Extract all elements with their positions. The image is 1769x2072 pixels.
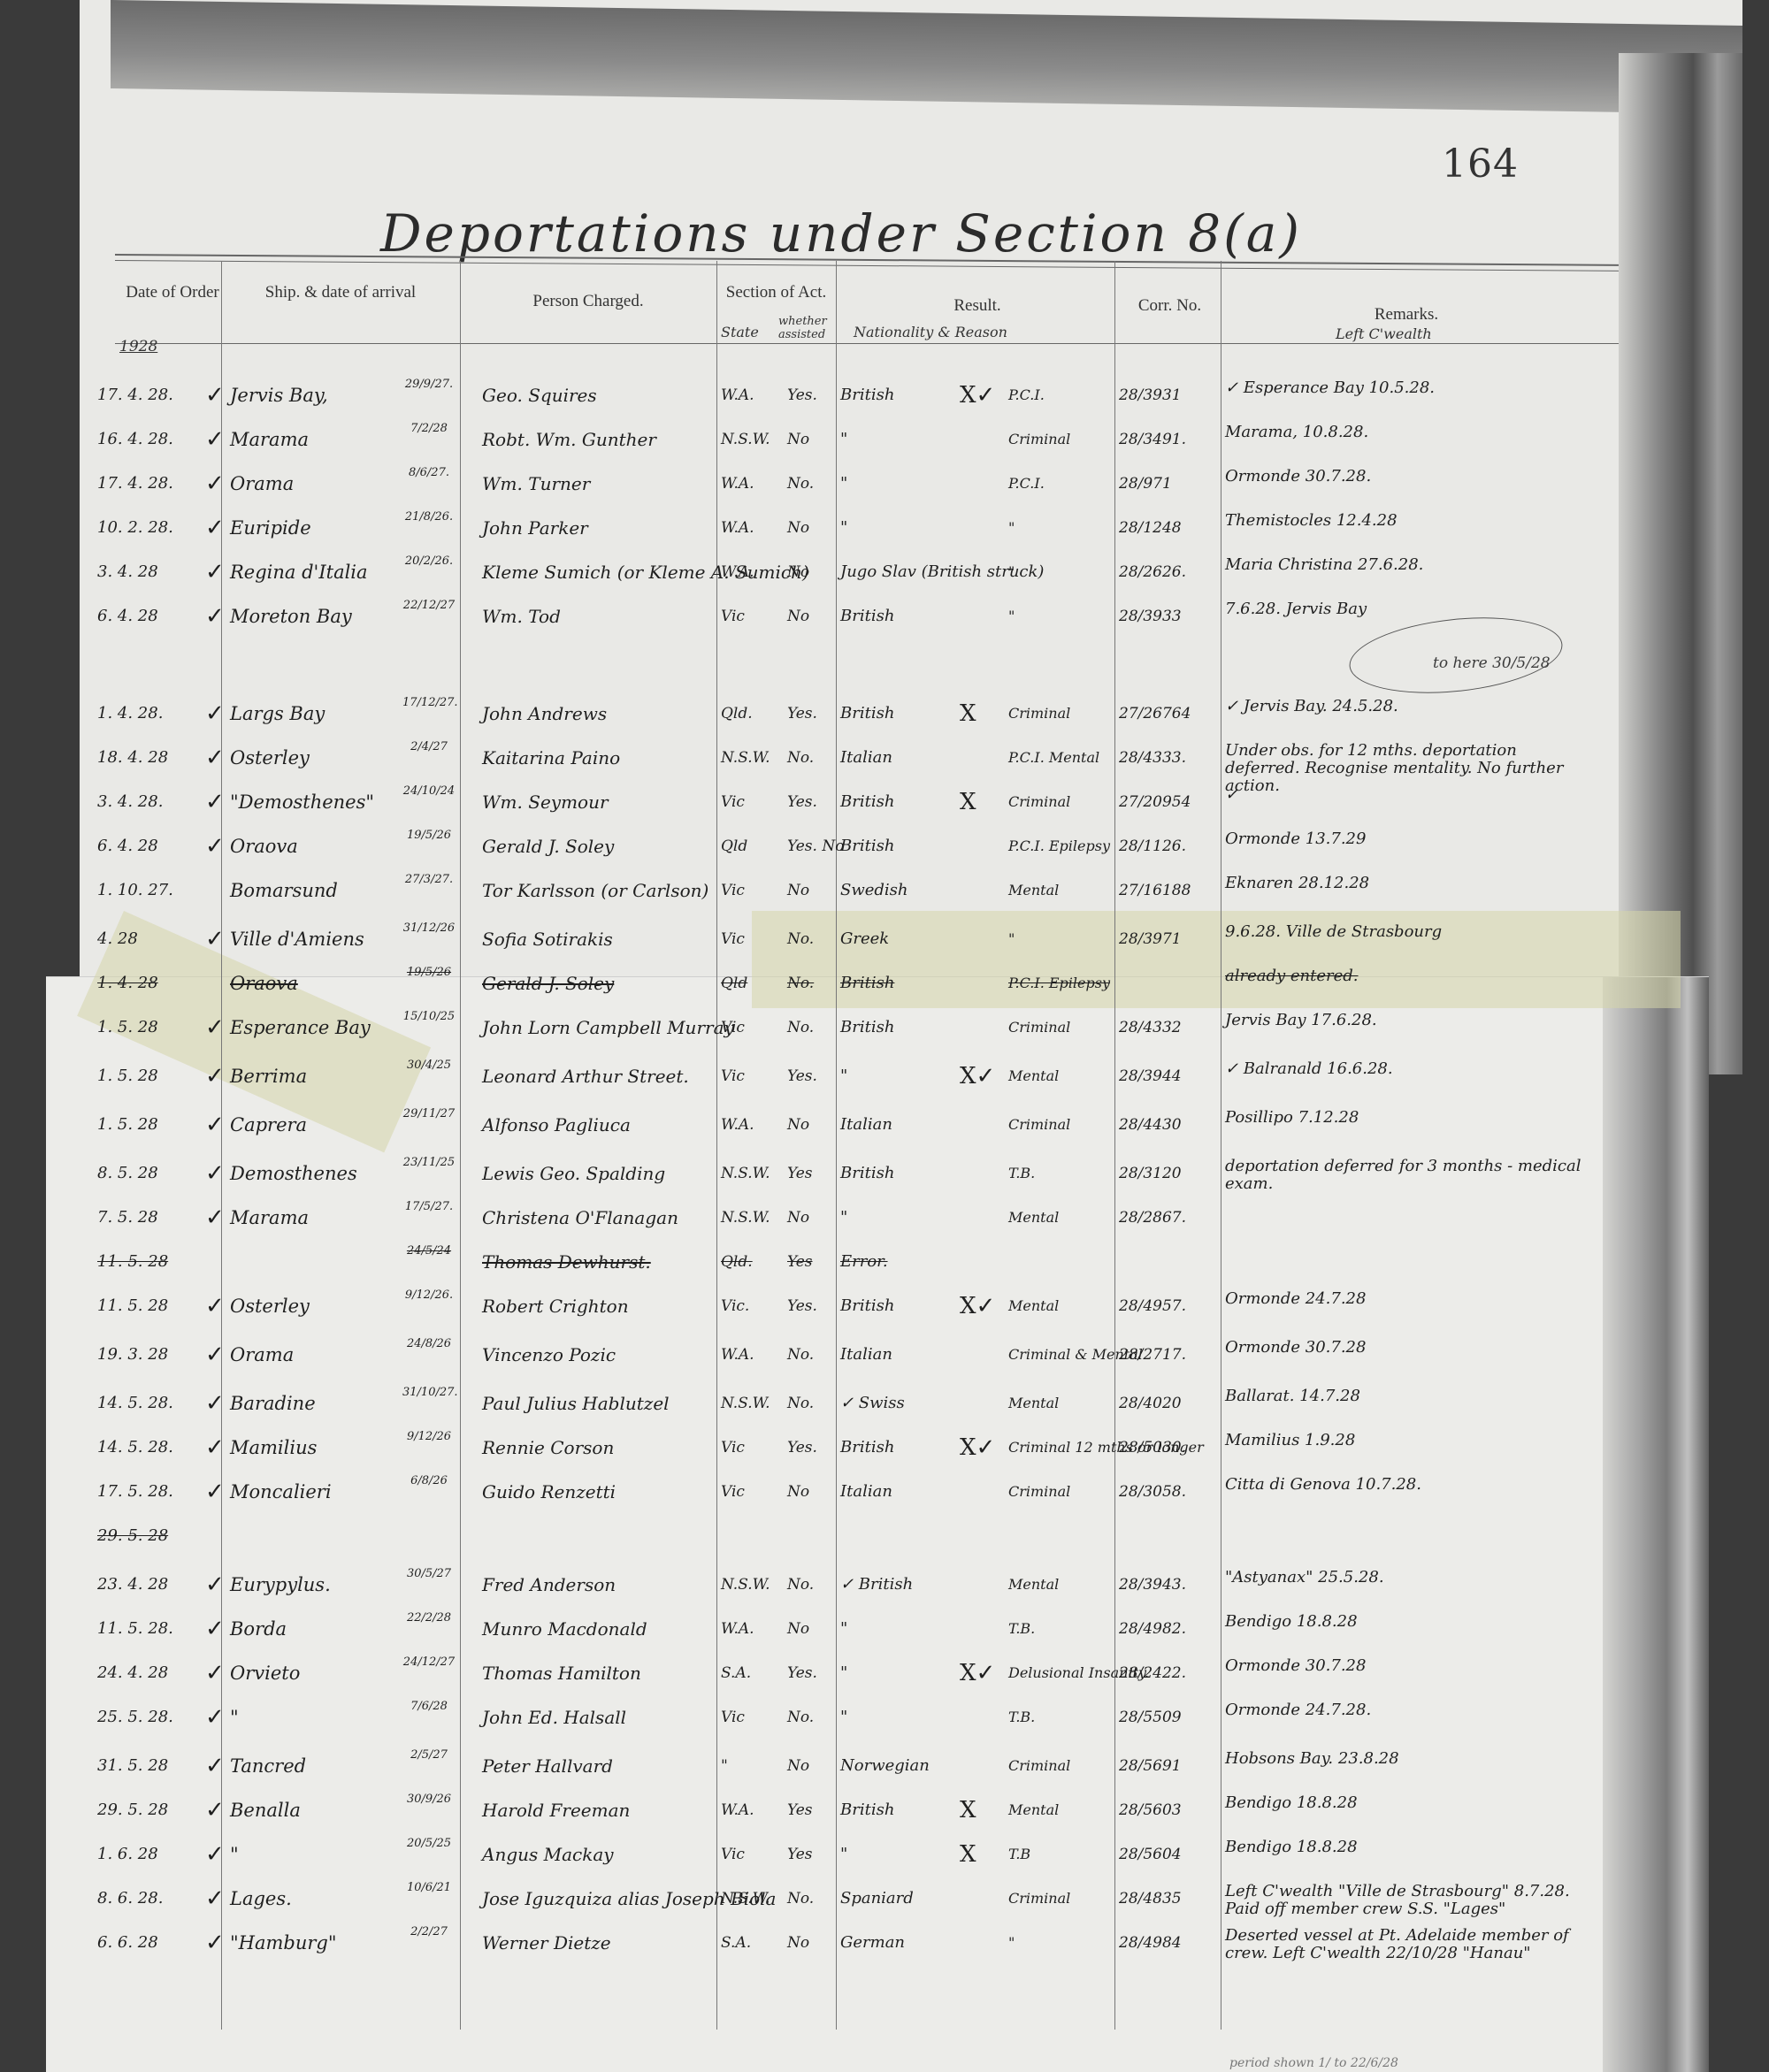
- table-row: 16. 4. 28. ✓ Marama 7/2/28 Robt. Wm. Gun…: [0, 420, 1769, 459]
- tick-mark-icon: ✓: [205, 1008, 228, 1047]
- order-date: 31. 5. 28: [97, 1747, 208, 1785]
- remarks: Bendigo 18.8.28: [1225, 1839, 1588, 1856]
- person-charged: Geo. Squires: [482, 376, 716, 415]
- assisted: Yes.: [787, 694, 827, 733]
- person-charged: Alfonso Pagliuca: [482, 1105, 716, 1144]
- state: Vic: [721, 1472, 770, 1511]
- table-row: 8. 5. 28 ✓ Demosthenes 23/11/25 Lewis Ge…: [0, 1154, 1769, 1193]
- person-charged: Kaitarina Paino: [482, 738, 716, 777]
- corr-number: 27/20954: [1119, 783, 1216, 822]
- corr-number: 28/5509: [1119, 1698, 1216, 1737]
- remarks: Ormonde 30.7.28: [1225, 1657, 1588, 1675]
- order-date: 3. 4. 28: [97, 553, 208, 592]
- table-row: 1. 6. 28 ✓ " 20/5/25 Angus Mackay Vic Ye…: [0, 1835, 1769, 1874]
- assisted: No: [787, 420, 827, 459]
- state: Qld: [721, 827, 770, 866]
- reason: T.B.: [1008, 1698, 1114, 1737]
- table-row: 18. 4. 28 ✓ Osterley 2/4/27 Kaitarina Pa…: [0, 738, 1769, 777]
- reason: Mental: [1008, 1287, 1114, 1326]
- remarks: ✓ Balranald 16.6.28.: [1225, 1060, 1588, 1078]
- assisted: Yes.: [787, 1057, 827, 1096]
- corr-number: 27/16188: [1119, 871, 1216, 910]
- order-date: 24. 4. 28: [97, 1654, 208, 1693]
- table-row: 1. 10. 27. Bomarsund 27/3/27. Tor Karlss…: [0, 871, 1769, 910]
- header-section: Section of Act.: [716, 283, 836, 302]
- remarks: deportation deferred for 3 months - medi…: [1225, 1158, 1588, 1193]
- page-title: Deportations under Section 8(a): [380, 203, 1302, 264]
- arrival-date: 22/12/27: [402, 599, 456, 612]
- nationality: ": [840, 1609, 938, 1648]
- ship-name: Marama: [230, 1198, 398, 1237]
- remarks: 9.6.28. Ville de Strasbourg: [1225, 923, 1588, 941]
- state: W.A.: [721, 1609, 770, 1648]
- person-charged: John Ed. Halsall: [482, 1698, 716, 1737]
- state: Qld: [721, 964, 770, 1003]
- table-row: 25. 5. 28. ✓ " 7/6/28 John Ed. Halsall V…: [0, 1698, 1769, 1737]
- reason: Mental: [1008, 1384, 1114, 1423]
- cross-check-icon: X✓: [960, 1057, 1013, 1096]
- arrival-date: 22/2/28: [402, 1611, 456, 1625]
- corr-number: 28/5603: [1119, 1791, 1216, 1830]
- arrival-date: 30/5/27: [402, 1567, 456, 1580]
- ship-name: Bomarsund: [230, 871, 398, 910]
- arrival-date: 10/6/21: [402, 1881, 456, 1894]
- ledger-page: 164 Deportations under Section 8(a) Date…: [0, 0, 1769, 2072]
- reason: Criminal & Mental: [1008, 1335, 1114, 1374]
- reason: P.C.I.: [1008, 464, 1114, 503]
- arrival-date: 23/11/25: [402, 1156, 456, 1169]
- nationality: ✓ Swiss: [840, 1384, 938, 1423]
- table-row: 17. 5. 28. ✓ Moncalieri 6/8/26 Guido Ren…: [0, 1472, 1769, 1511]
- arrival-date: 2/4/27: [402, 740, 456, 753]
- order-date: 10. 2. 28.: [97, 508, 208, 547]
- reason: Mental: [1008, 1565, 1114, 1604]
- state: Vic: [721, 783, 770, 822]
- ship-name: Oraova: [230, 964, 398, 1003]
- cross-check-icon: X✓: [960, 1287, 1013, 1326]
- assisted: Yes: [787, 1835, 827, 1874]
- assisted: Yes.: [787, 376, 827, 415]
- header-ship: Ship. & date of arrival: [230, 283, 451, 302]
- order-date: 7. 5. 28: [97, 1198, 208, 1237]
- person-charged: Gerald J. Soley: [482, 964, 716, 1003]
- assisted: No.: [787, 1565, 827, 1604]
- table-row: 1. 4. 28. ✓ Largs Bay 17/12/27. John And…: [0, 694, 1769, 733]
- tick-mark-icon: ✓: [205, 783, 228, 822]
- corr-number: 28/2717.: [1119, 1335, 1216, 1374]
- ship-name: "Hamburg": [230, 1923, 398, 1962]
- tick-mark-icon: ✓: [205, 920, 228, 959]
- order-date: 11. 5. 28: [97, 1287, 208, 1326]
- tick-mark-icon: ✓: [205, 694, 228, 733]
- tick-mark-icon: ✓: [205, 1472, 228, 1511]
- reason: Criminal: [1008, 783, 1114, 822]
- reason: Criminal: [1008, 694, 1114, 733]
- state: Vic: [721, 1698, 770, 1737]
- corr-number: 28/4020: [1119, 1384, 1216, 1423]
- person-charged: John Andrews: [482, 694, 716, 733]
- reason: ": [1008, 1923, 1114, 1962]
- arrival-date: 30/4/25: [402, 1059, 456, 1072]
- assisted: No.: [787, 1008, 827, 1047]
- person-charged: Christena O'Flanagan: [482, 1198, 716, 1237]
- nationality: ": [840, 464, 938, 503]
- ship-name: Osterley: [230, 1287, 398, 1326]
- table-row: 1. 5. 28 ✓ Berrima 30/4/25 Leonard Arthu…: [0, 1057, 1769, 1096]
- ship-name: Moncalieri: [230, 1472, 398, 1511]
- arrival-date: 9/12/26: [402, 1430, 456, 1443]
- person-charged: Fred Anderson: [482, 1565, 716, 1604]
- reason: P.C.I. Epilepsy: [1008, 827, 1114, 866]
- header-date: Date of Order: [124, 283, 221, 302]
- corr-number: 28/4957.: [1119, 1287, 1216, 1326]
- state: N.S.W.: [721, 1879, 770, 1918]
- arrival-date: 17/12/27.: [402, 696, 456, 709]
- remarks: Ormonde 13.7.29: [1225, 830, 1588, 848]
- reason: T.B.: [1008, 1609, 1114, 1648]
- table-row: 14. 5. 28. ✓ Baradine 31/10/27. Paul Jul…: [0, 1384, 1769, 1423]
- arrival-date: 24/8/26: [402, 1337, 456, 1350]
- state: N.S.W.: [721, 738, 770, 777]
- tick-mark-icon: ✓: [205, 1057, 228, 1096]
- ship-name: Ville d'Amiens: [230, 920, 398, 959]
- nationality: British: [840, 1008, 938, 1047]
- ship-name: Berrima: [230, 1057, 398, 1096]
- reason: Delusional Insanity.: [1008, 1654, 1114, 1693]
- cross-check-icon: X: [960, 1835, 1013, 1874]
- ship-name: Mamilius: [230, 1428, 398, 1467]
- remarks: Bendigo 18.8.28: [1225, 1794, 1588, 1812]
- tick-mark-icon: ✓: [205, 1335, 228, 1374]
- tick-mark-icon: ✓: [205, 1654, 228, 1693]
- reason: Criminal: [1008, 1879, 1114, 1918]
- arrival-date: 2/2/27: [402, 1925, 456, 1938]
- remarks: already entered.: [1225, 967, 1588, 985]
- person-charged: Sofia Sotirakis: [482, 920, 716, 959]
- assisted: No.: [787, 1698, 827, 1737]
- cross-check-icon: X: [960, 1791, 1013, 1830]
- state: Vic: [721, 1835, 770, 1874]
- arrival-date: 15/10/25: [402, 1010, 456, 1023]
- tick-mark-icon: ✓: [205, 464, 228, 503]
- assisted: Yes: [787, 1242, 827, 1281]
- cross-check-icon: X✓: [960, 376, 1013, 415]
- table-row: 14. 5. 28. ✓ Mamilius 9/12/26 Rennie Cor…: [0, 1428, 1769, 1467]
- person-charged: Gerald J. Soley: [482, 827, 716, 866]
- order-date: 14. 5. 28.: [97, 1384, 208, 1423]
- state: N.S.W.: [721, 420, 770, 459]
- nationality: Italian: [840, 1335, 938, 1374]
- state: S.A.: [721, 1654, 770, 1693]
- remarks: Mamilius 1.9.28: [1225, 1432, 1588, 1449]
- assisted: No.: [787, 1335, 827, 1374]
- remarks: Citta di Genova 10.7.28.: [1225, 1476, 1588, 1494]
- header-person: Person Charged.: [469, 292, 708, 311]
- person-charged: Paul Julius Hablutzel: [482, 1384, 716, 1423]
- cross-check-icon: X: [960, 694, 1013, 733]
- table-row: 1. 4. 28 Oraova 19/5/26 Gerald J. Soley …: [0, 964, 1769, 1003]
- nationality: ": [840, 1654, 938, 1693]
- remarks: Bendigo 18.8.28: [1225, 1613, 1588, 1631]
- arrival-date: 19/5/26: [402, 966, 456, 979]
- remarks: Jervis Bay 17.6.28.: [1225, 1012, 1588, 1029]
- reason: Mental: [1008, 1791, 1114, 1830]
- arrival-date: 20/2/26.: [402, 554, 456, 568]
- tick-mark-icon: ✓: [205, 1747, 228, 1785]
- person-charged: Vincenzo Pozic: [482, 1335, 716, 1374]
- nationality: British: [840, 597, 938, 636]
- order-date: 23. 4. 28: [97, 1565, 208, 1604]
- table-row: 8. 6. 28. ✓ Lages. 10/6/21 Jose Iguzquiz…: [0, 1879, 1769, 1918]
- order-date: 17. 4. 28.: [97, 464, 208, 503]
- person-charged: Jose Iguzquiza alias Joseph Biola: [482, 1879, 716, 1918]
- nationality: ": [840, 1698, 938, 1737]
- remarks: Ballarat. 14.7.28: [1225, 1388, 1588, 1405]
- tick-mark-icon: ✓: [205, 1565, 228, 1604]
- table-row: 17. 4. 28. ✓ Orama 8/6/27. Wm. Turner W.…: [0, 464, 1769, 503]
- tick-mark-icon: ✓: [205, 1384, 228, 1423]
- tick-mark-icon: ✓: [205, 1198, 228, 1237]
- ship-name: Oraova: [230, 827, 398, 866]
- header-result-sub: Nationality & Reason: [854, 324, 1007, 340]
- assisted: No: [787, 871, 827, 910]
- state: Vic: [721, 1057, 770, 1096]
- corr-number: 28/3120: [1119, 1154, 1216, 1193]
- corr-number: 28/4332: [1119, 1008, 1216, 1047]
- corr-number: 28/3058.: [1119, 1472, 1216, 1511]
- cross-check-icon: X✓: [960, 1428, 1013, 1467]
- table-row: 10. 2. 28. ✓ Euripide 21/8/26. John Park…: [0, 508, 1769, 547]
- corr-number: 28/3491.: [1119, 420, 1216, 459]
- nationality: British: [840, 964, 938, 1003]
- state: Vic: [721, 1428, 770, 1467]
- arrival-date: 7/2/28: [402, 422, 456, 435]
- tick-mark-icon: ✓: [205, 738, 228, 777]
- order-date: 29. 5. 28: [97, 1517, 208, 1556]
- remarks: Ormonde 24.7.28.: [1225, 1701, 1588, 1719]
- table-row: 23. 4. 28 ✓ Eurypylus. 30/5/27 Fred Ande…: [0, 1565, 1769, 1604]
- person-charged: Peter Hallvard: [482, 1747, 716, 1785]
- order-date: 1. 10. 27.: [97, 871, 208, 910]
- order-date: 8. 5. 28: [97, 1154, 208, 1193]
- arrival-date: 20/5/25: [402, 1837, 456, 1850]
- order-date: 17. 5. 28.: [97, 1472, 208, 1511]
- state: N.S.W.: [721, 1565, 770, 1604]
- order-date: 14. 5. 28.: [97, 1428, 208, 1467]
- ship-name: Orama: [230, 1335, 398, 1374]
- table-row: 24. 4. 28 ✓ Orvieto 24/12/27 Thomas Hami…: [0, 1654, 1769, 1693]
- corr-number: 28/5030.: [1119, 1428, 1216, 1467]
- reason: Mental: [1008, 1057, 1114, 1096]
- order-date: 8. 6. 28.: [97, 1879, 208, 1918]
- tick-mark-icon: ✓: [205, 1287, 228, 1326]
- table-row: 3. 4. 28. ✓ "Demosthenes" 24/10/24 Wm. S…: [0, 783, 1769, 822]
- page-number: 164: [1442, 141, 1519, 187]
- remarks: 7.6.28. Jervis Bay: [1225, 600, 1588, 618]
- nationality: ": [840, 420, 938, 459]
- assisted: No.: [787, 920, 827, 959]
- assisted: No: [787, 1472, 827, 1511]
- nationality: Norwegian: [840, 1747, 938, 1785]
- corr-number: 28/4984: [1119, 1923, 1216, 1962]
- corr-number: 28/3931: [1119, 376, 1216, 415]
- person-charged: Harold Freeman: [482, 1791, 716, 1830]
- assisted: No.: [787, 1384, 827, 1423]
- tick-mark-icon: ✓: [205, 597, 228, 636]
- state: N.S.W.: [721, 1198, 770, 1237]
- nationality: Spaniard: [840, 1879, 938, 1918]
- remarks: Themistocles 12.4.28: [1225, 512, 1588, 530]
- header-bottom-rule: [115, 343, 1619, 344]
- nationality: British: [840, 1154, 938, 1193]
- state: Vic: [721, 871, 770, 910]
- ship-name: Benalla: [230, 1791, 398, 1830]
- arrival-date: 29/11/27: [402, 1107, 456, 1120]
- state: S.A.: [721, 1923, 770, 1962]
- nationality: British: [840, 1428, 938, 1467]
- assisted: No: [787, 1198, 827, 1237]
- order-date: 11. 5. 28: [97, 1242, 208, 1281]
- ship-name: Eurypylus.: [230, 1565, 398, 1604]
- state: Vic.: [721, 1287, 770, 1326]
- table-row: 7. 5. 28 ✓ Marama 17/5/27. Christena O'F…: [0, 1198, 1769, 1237]
- arrival-date: 9/12/26.: [402, 1288, 456, 1302]
- assisted: Yes.: [787, 783, 827, 822]
- nationality: ": [840, 1057, 938, 1096]
- state: Vic: [721, 597, 770, 636]
- person-charged: Munro Macdonald: [482, 1609, 716, 1648]
- tick-mark-icon: ✓: [205, 508, 228, 547]
- state: N.S.W.: [721, 1154, 770, 1193]
- nationality: Jugo Slav (British struck): [840, 553, 938, 592]
- order-date: 11. 5. 28.: [97, 1609, 208, 1648]
- state: W.A.: [721, 1791, 770, 1830]
- nationality: British: [840, 694, 938, 733]
- tick-mark-icon: ✓: [205, 420, 228, 459]
- corr-number: 28/3944: [1119, 1057, 1216, 1096]
- reason: Criminal: [1008, 1105, 1114, 1144]
- remarks: Maria Christina 27.6.28.: [1225, 556, 1588, 574]
- person-charged: Thomas Dewhurst.: [482, 1242, 716, 1281]
- corr-number: 28/5604: [1119, 1835, 1216, 1874]
- ship-name: Demosthenes: [230, 1154, 398, 1193]
- order-date: 16. 4. 28.: [97, 420, 208, 459]
- corr-number: 28/1248: [1119, 508, 1216, 547]
- order-date: 1. 6. 28: [97, 1835, 208, 1874]
- state: Vic: [721, 1008, 770, 1047]
- reason: P.C.I.: [1008, 376, 1114, 415]
- tick-mark-icon: ✓: [205, 1154, 228, 1193]
- arrival-date: 27/3/27.: [402, 873, 456, 886]
- ship-name: Orvieto: [230, 1654, 398, 1693]
- assisted: Yes.: [787, 1654, 827, 1693]
- arrival-date: 8/6/27.: [402, 466, 456, 479]
- assisted: No: [787, 1609, 827, 1648]
- person-charged: Thomas Hamilton: [482, 1654, 716, 1693]
- reason: Criminal: [1008, 1472, 1114, 1511]
- state: W.A.: [721, 1105, 770, 1144]
- person-charged: Wm. Turner: [482, 464, 716, 503]
- header-remarks-sub: Left C'wealth: [1336, 325, 1432, 342]
- person-charged: Wm. Seymour: [482, 783, 716, 822]
- arrival-date: 30/9/26: [402, 1793, 456, 1806]
- nationality: Swedish: [840, 871, 938, 910]
- table-row: 11. 5. 28 24/5/24 Thomas Dewhurst. Qld. …: [0, 1242, 1769, 1281]
- corr-number: 28/3971: [1119, 920, 1216, 959]
- ship-name: Moreton Bay: [230, 597, 398, 636]
- arrival-date: 24/5/24: [402, 1244, 456, 1258]
- remarks: Marama, 10.8.28.: [1225, 424, 1588, 441]
- person-charged: Robt. Wm. Gunther: [482, 420, 716, 459]
- order-date: 29. 5. 28: [97, 1791, 208, 1830]
- tick-mark-icon: ✓: [205, 1105, 228, 1144]
- assisted: Yes.: [787, 1428, 827, 1467]
- tick-mark-icon: ✓: [205, 1698, 228, 1737]
- person-charged: John Lorn Campbell Murray: [482, 1008, 716, 1047]
- tick-mark-icon: ✓: [205, 1428, 228, 1467]
- state: W.A.: [721, 464, 770, 503]
- assisted: No.: [787, 464, 827, 503]
- ship-name: Largs Bay: [230, 694, 398, 733]
- state: W.A.: [721, 508, 770, 547]
- table-row: 17. 4. 28. ✓ Jervis Bay, 29/9/27. Geo. S…: [0, 376, 1769, 415]
- ship-name: ": [230, 1698, 398, 1737]
- person-charged: Werner Dietze: [482, 1923, 716, 1962]
- state: W.A.: [721, 553, 770, 592]
- assisted: No: [787, 508, 827, 547]
- ship-name: Lages.: [230, 1879, 398, 1918]
- assisted: No: [787, 553, 827, 592]
- order-date: 1. 4. 28: [97, 964, 208, 1003]
- ship-name: Jervis Bay,: [230, 376, 398, 415]
- reason: Criminal: [1008, 1747, 1114, 1785]
- corr-number: 28/4333.: [1119, 738, 1216, 777]
- arrival-date: 31/10/27.: [402, 1386, 456, 1399]
- reason: T.B: [1008, 1835, 1114, 1874]
- assisted: No.: [787, 964, 827, 1003]
- nationality: Greek: [840, 920, 938, 959]
- ship-name: Borda: [230, 1609, 398, 1648]
- tick-mark-icon: ✓: [205, 553, 228, 592]
- tick-mark-icon: ✓: [205, 1923, 228, 1962]
- nationality: British: [840, 1287, 938, 1326]
- nationality: Italian: [840, 1472, 938, 1511]
- arrival-date: 7/6/28: [402, 1700, 456, 1713]
- corr-number: 28/1126.: [1119, 827, 1216, 866]
- nationality: British: [840, 1791, 938, 1830]
- nationality: British: [840, 827, 938, 866]
- remarks: ✓ Jervis Bay. 24.5.28.: [1225, 698, 1588, 715]
- ship-name: Regina d'Italia: [230, 553, 398, 592]
- table-row: 3. 4. 28 ✓ Regina d'Italia 20/2/26. Klem…: [0, 553, 1769, 592]
- state: W.A.: [721, 1335, 770, 1374]
- remarks: Deserted vessel at Pt. Adelaide member o…: [1225, 1927, 1588, 1962]
- remarks: Ormonde 30.7.28: [1225, 1339, 1588, 1357]
- assisted: No.: [787, 1879, 827, 1918]
- ship-name: Baradine: [230, 1384, 398, 1423]
- ship-name: Orama: [230, 464, 398, 503]
- remarks: Eknaren 28.12.28: [1225, 875, 1588, 892]
- person-charged: Leonard Arthur Street.: [482, 1057, 716, 1096]
- order-date: 1. 4. 28.: [97, 694, 208, 733]
- state: Vic: [721, 920, 770, 959]
- arrival-date: 19/5/26: [402, 829, 456, 842]
- arrival-date: 21/8/26.: [402, 510, 456, 524]
- reason: Mental: [1008, 871, 1114, 910]
- assisted: Yes. No: [787, 827, 827, 866]
- corr-number: 28/2626.: [1119, 553, 1216, 592]
- assisted: No: [787, 1923, 827, 1962]
